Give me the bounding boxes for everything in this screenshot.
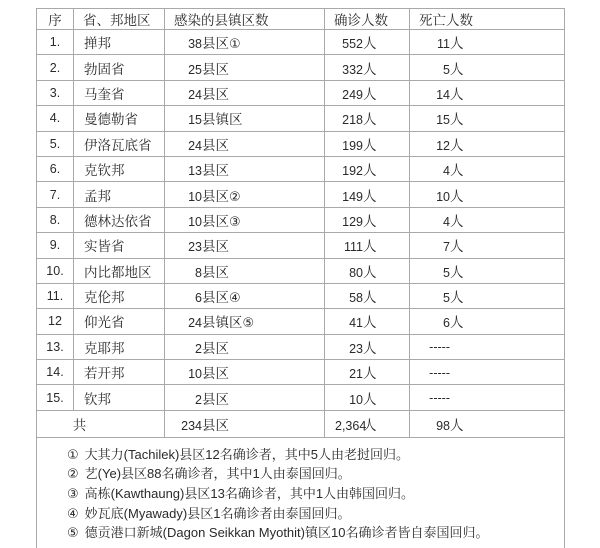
deaths-count: 12 bbox=[424, 139, 450, 153]
row-confirmed: 192人 bbox=[325, 156, 410, 181]
table-row: 4. 曼德勒省 15县镇区 218人 15人 bbox=[37, 106, 565, 131]
districts-count: 2 bbox=[178, 342, 202, 356]
confirmed-unit: 人 bbox=[363, 214, 377, 229]
confirmed-count: 249 bbox=[335, 88, 363, 102]
footnote-text: 大其力(Tachilek)县区12名确诊者，其中5人由老挝回归。 bbox=[85, 447, 409, 462]
row-region: 克耶邦 bbox=[74, 334, 165, 359]
row-confirmed: 149人 bbox=[325, 182, 410, 207]
total-label: 共 bbox=[37, 410, 165, 437]
row-seq: 3. bbox=[37, 80, 74, 105]
row-region: 掸邦 bbox=[74, 30, 165, 55]
footnote-line: ③高栋(Kawthaung)县区13名确诊者，其中1人由韩国回归。 bbox=[67, 484, 560, 504]
districts-unit: 县区 bbox=[202, 239, 229, 254]
row-seq: 10. bbox=[37, 258, 74, 283]
table-row: 8. 德林达依省 10县区③ 129人 4人 bbox=[37, 207, 565, 232]
row-deaths: 5人 bbox=[410, 55, 565, 80]
confirmed-count: 111 bbox=[335, 240, 363, 254]
row-deaths: ----- bbox=[410, 360, 565, 385]
districts-unit: 县镇区 bbox=[202, 112, 243, 127]
row-region: 实皆省 bbox=[74, 233, 165, 258]
footnote-line: ②艺(Ye)县区88名确诊者，其中1人由泰国回归。 bbox=[67, 464, 560, 484]
footnote-text: 妙瓦底(Myawady)县区1名确诊者由泰国回归。 bbox=[85, 506, 351, 521]
districts-count: 15 bbox=[178, 113, 202, 127]
districts-unit: 县区 bbox=[202, 138, 229, 153]
confirmed-unit: 人 bbox=[363, 112, 377, 127]
footnote-line: ④妙瓦底(Myawady)县区1名确诊者由泰国回归。 bbox=[67, 504, 560, 524]
row-deaths: 5人 bbox=[410, 283, 565, 308]
confirmed-count: 552 bbox=[335, 37, 363, 51]
districts-count: 23 bbox=[178, 240, 202, 254]
row-region: 克伦邦 bbox=[74, 283, 165, 308]
deaths-count: 4 bbox=[424, 215, 450, 229]
districts-count: 8 bbox=[178, 266, 202, 280]
confirmed-unit: 人 bbox=[363, 163, 377, 178]
row-confirmed: 21人 bbox=[325, 360, 410, 385]
total-districts: 234县区 bbox=[165, 410, 325, 437]
districts-count: 38 bbox=[178, 37, 202, 51]
confirmed-count: 192 bbox=[335, 164, 363, 178]
row-confirmed: 552人 bbox=[325, 30, 410, 55]
deaths-unit: 人 bbox=[450, 214, 464, 229]
districts-count: 10 bbox=[178, 367, 202, 381]
confirmed-count: 129 bbox=[335, 215, 363, 229]
districts-unit: 县区 bbox=[202, 366, 229, 381]
deaths-count: 14 bbox=[424, 88, 450, 102]
table-row: 3. 马奎省 24县区 249人 14人 bbox=[37, 80, 565, 105]
row-districts: 10县区 bbox=[165, 360, 325, 385]
deaths-unit: 人 bbox=[450, 290, 464, 305]
footnote-text: 德贡港口新城(Dagon Seikkan Myothit)镇区10名确诊者皆自泰… bbox=[85, 525, 489, 540]
row-seq: 2. bbox=[37, 55, 74, 80]
row-deaths: 7人 bbox=[410, 233, 565, 258]
row-confirmed: 249人 bbox=[325, 80, 410, 105]
districts-unit: 县镇区 bbox=[202, 315, 243, 330]
infection-statistics-table: 序 省、邦地区 感染的县镇区数 确诊人数 死亡人数 1. 掸邦 38县区① 55… bbox=[36, 8, 565, 548]
total-districts-unit: 县区 bbox=[202, 418, 229, 433]
total-deaths-count: 98 bbox=[424, 419, 450, 433]
footnotes-cell: ①大其力(Tachilek)县区12名确诊者，其中5人由老挝回归。 ②艺(Ye)… bbox=[37, 437, 565, 548]
deaths-unit: 人 bbox=[450, 163, 464, 178]
confirmed-count: 58 bbox=[335, 291, 363, 305]
row-region: 曼德勒省 bbox=[74, 106, 165, 131]
deaths-unit: 人 bbox=[450, 36, 464, 51]
deaths-count: 5 bbox=[424, 63, 450, 77]
confirmed-unit: 人 bbox=[363, 239, 377, 254]
header-deaths: 死亡人数 bbox=[410, 9, 565, 30]
row-deaths: 4人 bbox=[410, 207, 565, 232]
row-region: 钦邦 bbox=[74, 385, 165, 410]
footnote-marker: ⑤ bbox=[67, 525, 79, 540]
deaths-count: 11 bbox=[424, 37, 450, 51]
row-confirmed: 332人 bbox=[325, 55, 410, 80]
row-region: 伊洛瓦底省 bbox=[74, 131, 165, 156]
deaths-unit: 人 bbox=[450, 265, 464, 280]
deaths-unit: 人 bbox=[450, 189, 464, 204]
total-districts-count: 234 bbox=[178, 419, 202, 433]
deaths-count: 15 bbox=[424, 113, 450, 127]
confirmed-count: 21 bbox=[335, 367, 363, 381]
row-region: 勃固省 bbox=[74, 55, 165, 80]
districts-unit: 县区 bbox=[202, 163, 229, 178]
row-region: 马奎省 bbox=[74, 80, 165, 105]
confirmed-unit: 人 bbox=[363, 62, 377, 77]
row-districts: 2县区 bbox=[165, 385, 325, 410]
row-deaths: 14人 bbox=[410, 80, 565, 105]
row-region: 内比都地区 bbox=[74, 258, 165, 283]
table-row: 10. 内比都地区 8县区 80人 5人 bbox=[37, 258, 565, 283]
row-seq: 1. bbox=[37, 30, 74, 55]
confirmed-count: 218 bbox=[335, 113, 363, 127]
row-districts: 8县区 bbox=[165, 258, 325, 283]
confirmed-unit: 人 bbox=[363, 87, 377, 102]
confirmed-unit: 人 bbox=[363, 315, 377, 330]
table-header: 序 省、邦地区 感染的县镇区数 确诊人数 死亡人数 bbox=[37, 9, 565, 30]
footnote-line: ①大其力(Tachilek)县区12名确诊者，其中5人由老挝回归。 bbox=[67, 445, 560, 465]
row-seq: 8. bbox=[37, 207, 74, 232]
row-confirmed: 41人 bbox=[325, 309, 410, 334]
footnote-reference-mark: ⑤ bbox=[243, 315, 255, 330]
footnote-reference-mark: ③ bbox=[229, 214, 241, 229]
row-districts: 10县区② bbox=[165, 182, 325, 207]
districts-unit: 县区 bbox=[202, 214, 229, 229]
row-deaths: 5人 bbox=[410, 258, 565, 283]
footnote-text: 艺(Ye)县区88名确诊者，其中1人由泰国回归。 bbox=[85, 466, 351, 481]
row-confirmed: 218人 bbox=[325, 106, 410, 131]
row-deaths: ----- bbox=[410, 385, 565, 410]
row-districts: 10县区③ bbox=[165, 207, 325, 232]
row-confirmed: 129人 bbox=[325, 207, 410, 232]
row-districts: 13县区 bbox=[165, 156, 325, 181]
confirmed-unit: 人 bbox=[363, 366, 377, 381]
districts-count: 6 bbox=[178, 291, 202, 305]
row-seq: 7. bbox=[37, 182, 74, 207]
confirmed-unit: 人 bbox=[363, 290, 377, 305]
row-districts: 15县镇区 bbox=[165, 106, 325, 131]
table-row: 5. 伊洛瓦底省 24县区 199人 12人 bbox=[37, 131, 565, 156]
table-row: 11. 克伦邦 6县区④ 58人 5人 bbox=[37, 283, 565, 308]
districts-unit: 县区 bbox=[202, 265, 229, 280]
page: { "colors": { "background": "#ffffff", "… bbox=[0, 0, 600, 548]
total-row: 共 234县区 2,364人 98人 bbox=[37, 410, 565, 437]
row-seq: 11. bbox=[37, 283, 74, 308]
row-confirmed: 10人 bbox=[325, 385, 410, 410]
districts-count: 13 bbox=[178, 164, 202, 178]
row-deaths: 6人 bbox=[410, 309, 565, 334]
row-districts: 2县区 bbox=[165, 334, 325, 359]
deaths-count: 10 bbox=[424, 190, 450, 204]
footnote-marker: ② bbox=[67, 466, 79, 481]
deaths-unit: 人 bbox=[450, 112, 464, 127]
table-row: 2. 勃固省 25县区 332人 5人 bbox=[37, 55, 565, 80]
total-confirmed-unit: 人 bbox=[363, 418, 377, 433]
districts-unit: 县区 bbox=[202, 341, 229, 356]
table-row: 7. 孟邦 10县区② 149人 10人 bbox=[37, 182, 565, 207]
total-deaths-unit: 人 bbox=[450, 418, 464, 433]
confirmed-count: 149 bbox=[335, 190, 363, 204]
row-confirmed: 23人 bbox=[325, 334, 410, 359]
districts-count: 24 bbox=[178, 88, 202, 102]
row-districts: 23县区 bbox=[165, 233, 325, 258]
footnote-reference-mark: ④ bbox=[229, 290, 241, 305]
districts-unit: 县区 bbox=[202, 87, 229, 102]
confirmed-count: 80 bbox=[335, 266, 363, 280]
table-row: 6. 克钦邦 13县区 192人 4人 bbox=[37, 156, 565, 181]
row-deaths: 4人 bbox=[410, 156, 565, 181]
deaths-count: 7 bbox=[424, 240, 450, 254]
row-seq: 6. bbox=[37, 156, 74, 181]
header-seq: 序 bbox=[37, 9, 74, 30]
deaths-count: 5 bbox=[424, 291, 450, 305]
header-region: 省、邦地区 bbox=[74, 9, 165, 30]
row-seq: 12 bbox=[37, 309, 74, 334]
deaths-count: ----- bbox=[424, 366, 450, 380]
deaths-count: 6 bbox=[424, 316, 450, 330]
districts-count: 10 bbox=[178, 190, 202, 204]
header-districts: 感染的县镇区数 bbox=[165, 9, 325, 30]
row-seq: 15. bbox=[37, 385, 74, 410]
districts-count: 25 bbox=[178, 63, 202, 77]
row-districts: 6县区④ bbox=[165, 283, 325, 308]
footnote-reference-mark: ① bbox=[229, 36, 241, 51]
header-row: 序 省、邦地区 感染的县镇区数 确诊人数 死亡人数 bbox=[37, 9, 565, 30]
table-row: 15. 钦邦 2县区 10人 ----- bbox=[37, 385, 565, 410]
deaths-count: ----- bbox=[424, 340, 450, 354]
confirmed-count: 23 bbox=[335, 342, 363, 356]
footnote-line: ⑤德贡港口新城(Dagon Seikkan Myothit)镇区10名确诊者皆自… bbox=[67, 523, 560, 543]
footnote-row: ①大其力(Tachilek)县区12名确诊者，其中5人由老挝回归。 ②艺(Ye)… bbox=[37, 437, 565, 548]
row-deaths: 12人 bbox=[410, 131, 565, 156]
row-region: 若开邦 bbox=[74, 360, 165, 385]
deaths-count: ----- bbox=[424, 391, 450, 405]
row-seq: 9. bbox=[37, 233, 74, 258]
row-districts: 25县区 bbox=[165, 55, 325, 80]
confirmed-unit: 人 bbox=[363, 36, 377, 51]
row-deaths: ----- bbox=[410, 334, 565, 359]
table-body: 1. 掸邦 38县区① 552人 11人 2. 勃固省 25县区 332人 5人… bbox=[37, 30, 565, 411]
row-districts: 24县镇区⑤ bbox=[165, 309, 325, 334]
document-sheet: 序 省、邦地区 感染的县镇区数 确诊人数 死亡人数 1. 掸邦 38县区① 55… bbox=[36, 8, 565, 548]
row-region: 德林达依省 bbox=[74, 207, 165, 232]
confirmed-count: 332 bbox=[335, 63, 363, 77]
row-confirmed: 199人 bbox=[325, 131, 410, 156]
confirmed-unit: 人 bbox=[363, 392, 377, 407]
confirmed-unit: 人 bbox=[363, 138, 377, 153]
row-confirmed: 80人 bbox=[325, 258, 410, 283]
districts-unit: 县区 bbox=[202, 290, 229, 305]
row-seq: 13. bbox=[37, 334, 74, 359]
districts-count: 10 bbox=[178, 215, 202, 229]
header-confirmed: 确诊人数 bbox=[325, 9, 410, 30]
row-region: 孟邦 bbox=[74, 182, 165, 207]
total-confirmed: 2,364人 bbox=[325, 410, 410, 437]
confirmed-count: 199 bbox=[335, 139, 363, 153]
total-deaths: 98人 bbox=[410, 410, 565, 437]
row-districts: 24县区 bbox=[165, 131, 325, 156]
districts-unit: 县区 bbox=[202, 189, 229, 204]
row-confirmed: 58人 bbox=[325, 283, 410, 308]
deaths-unit: 人 bbox=[450, 62, 464, 77]
row-seq: 14. bbox=[37, 360, 74, 385]
deaths-unit: 人 bbox=[450, 315, 464, 330]
total-confirmed-count: 2,364 bbox=[335, 419, 363, 433]
row-region: 仰光省 bbox=[74, 309, 165, 334]
row-deaths: 10人 bbox=[410, 182, 565, 207]
deaths-count: 4 bbox=[424, 164, 450, 178]
footnote-text: 高栋(Kawthaung)县区13名确诊者，其中1人由韩国回归。 bbox=[85, 486, 414, 501]
table-footer: 共 234县区 2,364人 98人 ①大其力(Tachilek)县区12名确诊… bbox=[37, 410, 565, 548]
row-deaths: 15人 bbox=[410, 106, 565, 131]
table-row: 1. 掸邦 38县区① 552人 11人 bbox=[37, 30, 565, 55]
row-confirmed: 111人 bbox=[325, 233, 410, 258]
table-row: 13. 克耶邦 2县区 23人 ----- bbox=[37, 334, 565, 359]
districts-unit: 县区 bbox=[202, 36, 229, 51]
row-seq: 4. bbox=[37, 106, 74, 131]
districts-count: 24 bbox=[178, 139, 202, 153]
districts-unit: 县区 bbox=[202, 62, 229, 77]
row-seq: 5. bbox=[37, 131, 74, 156]
confirmed-unit: 人 bbox=[363, 265, 377, 280]
deaths-unit: 人 bbox=[450, 138, 464, 153]
row-deaths: 11人 bbox=[410, 30, 565, 55]
confirmed-count: 41 bbox=[335, 316, 363, 330]
footnote-marker: ④ bbox=[67, 506, 79, 521]
row-districts: 24县区 bbox=[165, 80, 325, 105]
confirmed-unit: 人 bbox=[363, 341, 377, 356]
row-region: 克钦邦 bbox=[74, 156, 165, 181]
confirmed-count: 10 bbox=[335, 393, 363, 407]
deaths-count: 5 bbox=[424, 266, 450, 280]
footnote-marker: ① bbox=[67, 447, 79, 462]
table-row: 9. 实皆省 23县区 111人 7人 bbox=[37, 233, 565, 258]
table-row: 12 仰光省 24县镇区⑤ 41人 6人 bbox=[37, 309, 565, 334]
footnote-marker: ③ bbox=[67, 486, 79, 501]
footnotes: ①大其力(Tachilek)县区12名确诊者，其中5人由老挝回归。 ②艺(Ye)… bbox=[67, 445, 560, 543]
deaths-unit: 人 bbox=[450, 87, 464, 102]
footnote-reference-mark: ② bbox=[229, 189, 241, 204]
confirmed-unit: 人 bbox=[363, 189, 377, 204]
districts-count: 24 bbox=[178, 316, 202, 330]
deaths-unit: 人 bbox=[450, 239, 464, 254]
districts-count: 2 bbox=[178, 393, 202, 407]
table-row: 14. 若开邦 10县区 21人 ----- bbox=[37, 360, 565, 385]
districts-unit: 县区 bbox=[202, 392, 229, 407]
row-districts: 38县区① bbox=[165, 30, 325, 55]
